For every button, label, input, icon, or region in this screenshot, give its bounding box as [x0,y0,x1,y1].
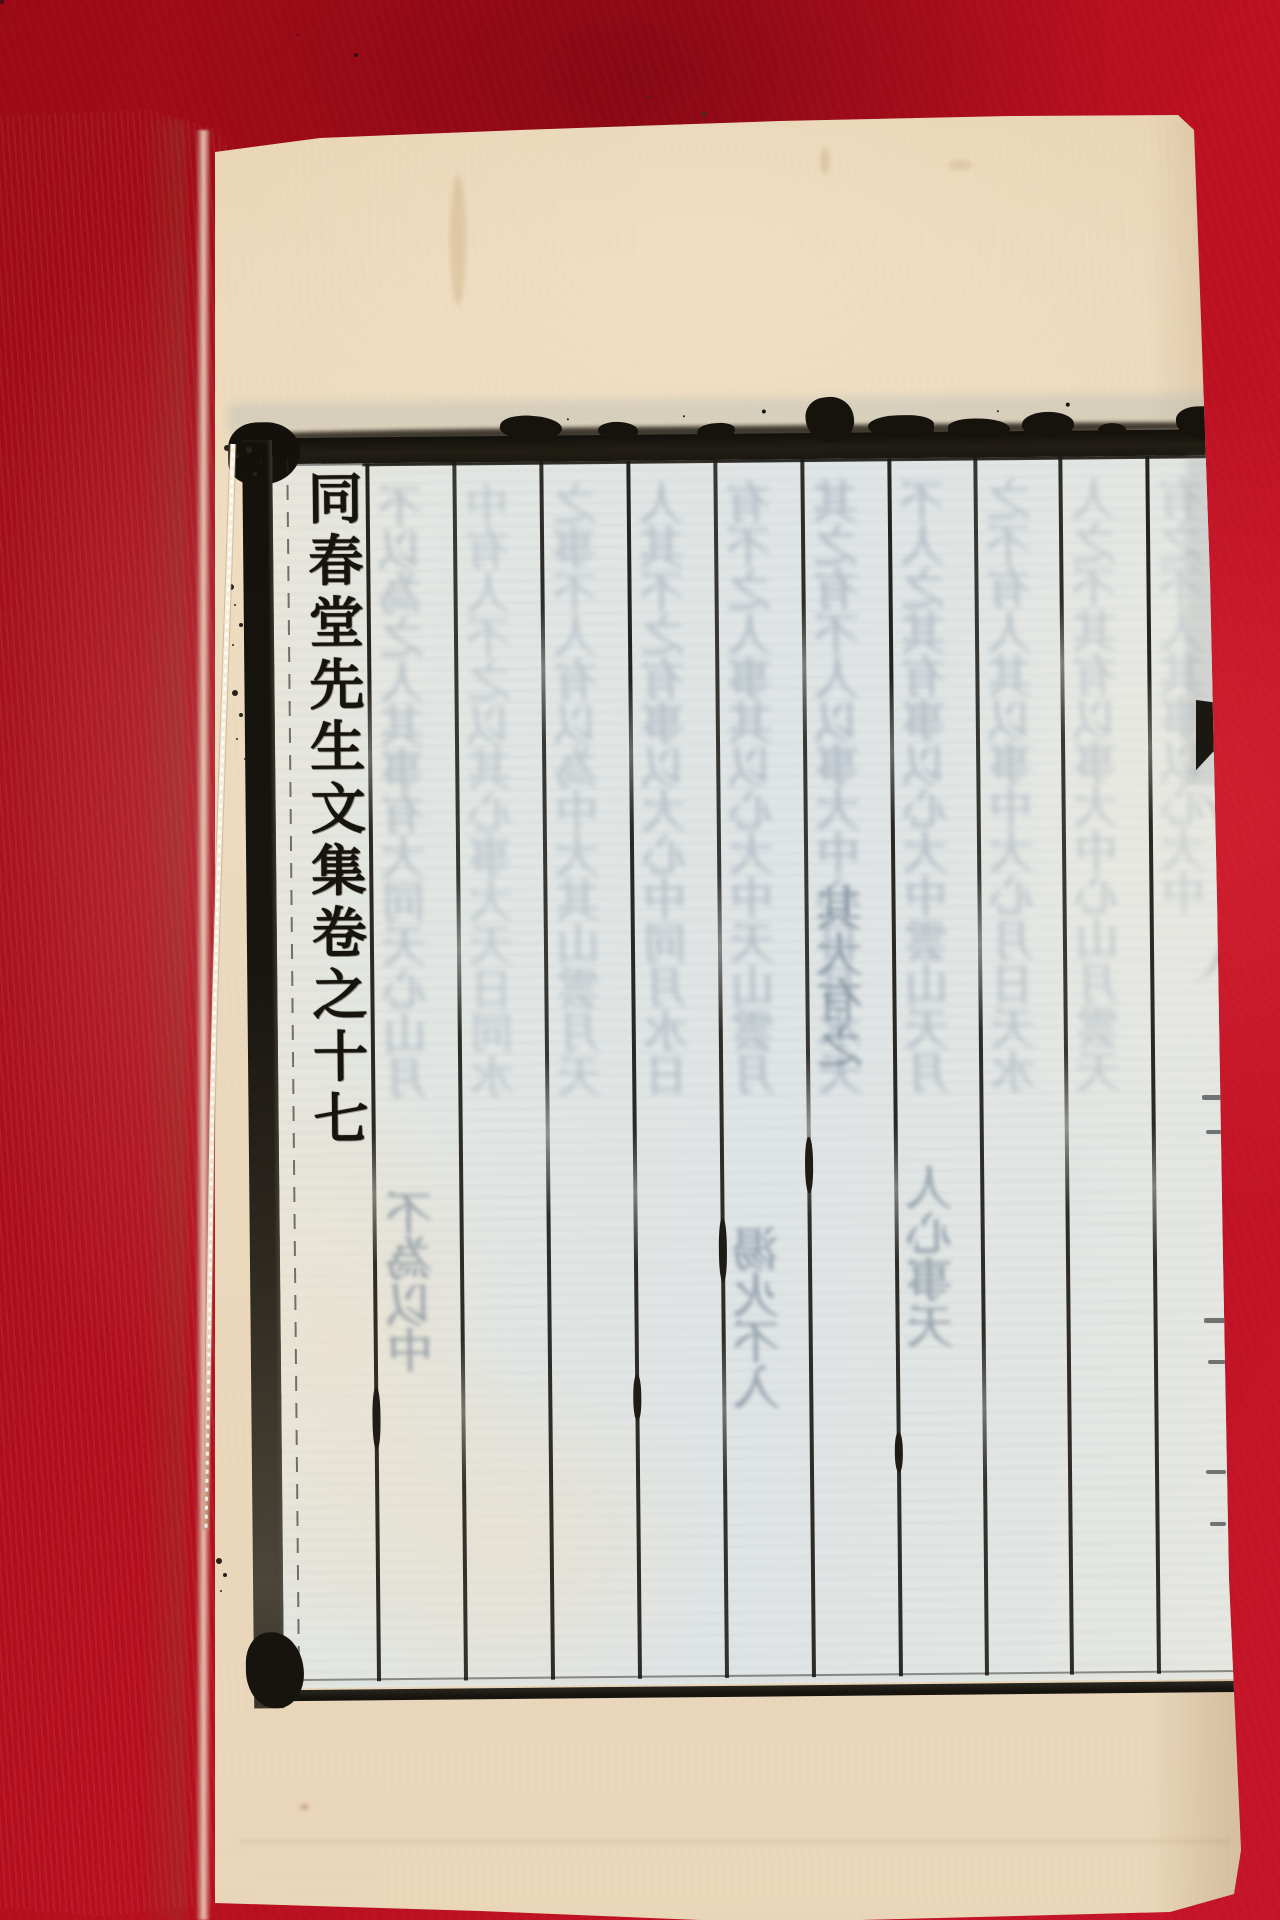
binding-thread [0,0,1280,1920]
photo-scene: 不以為之人其事有大同天心山月 中有人不之以其心事大天日同水 之事不人有以為中大其… [0,0,1280,1920]
